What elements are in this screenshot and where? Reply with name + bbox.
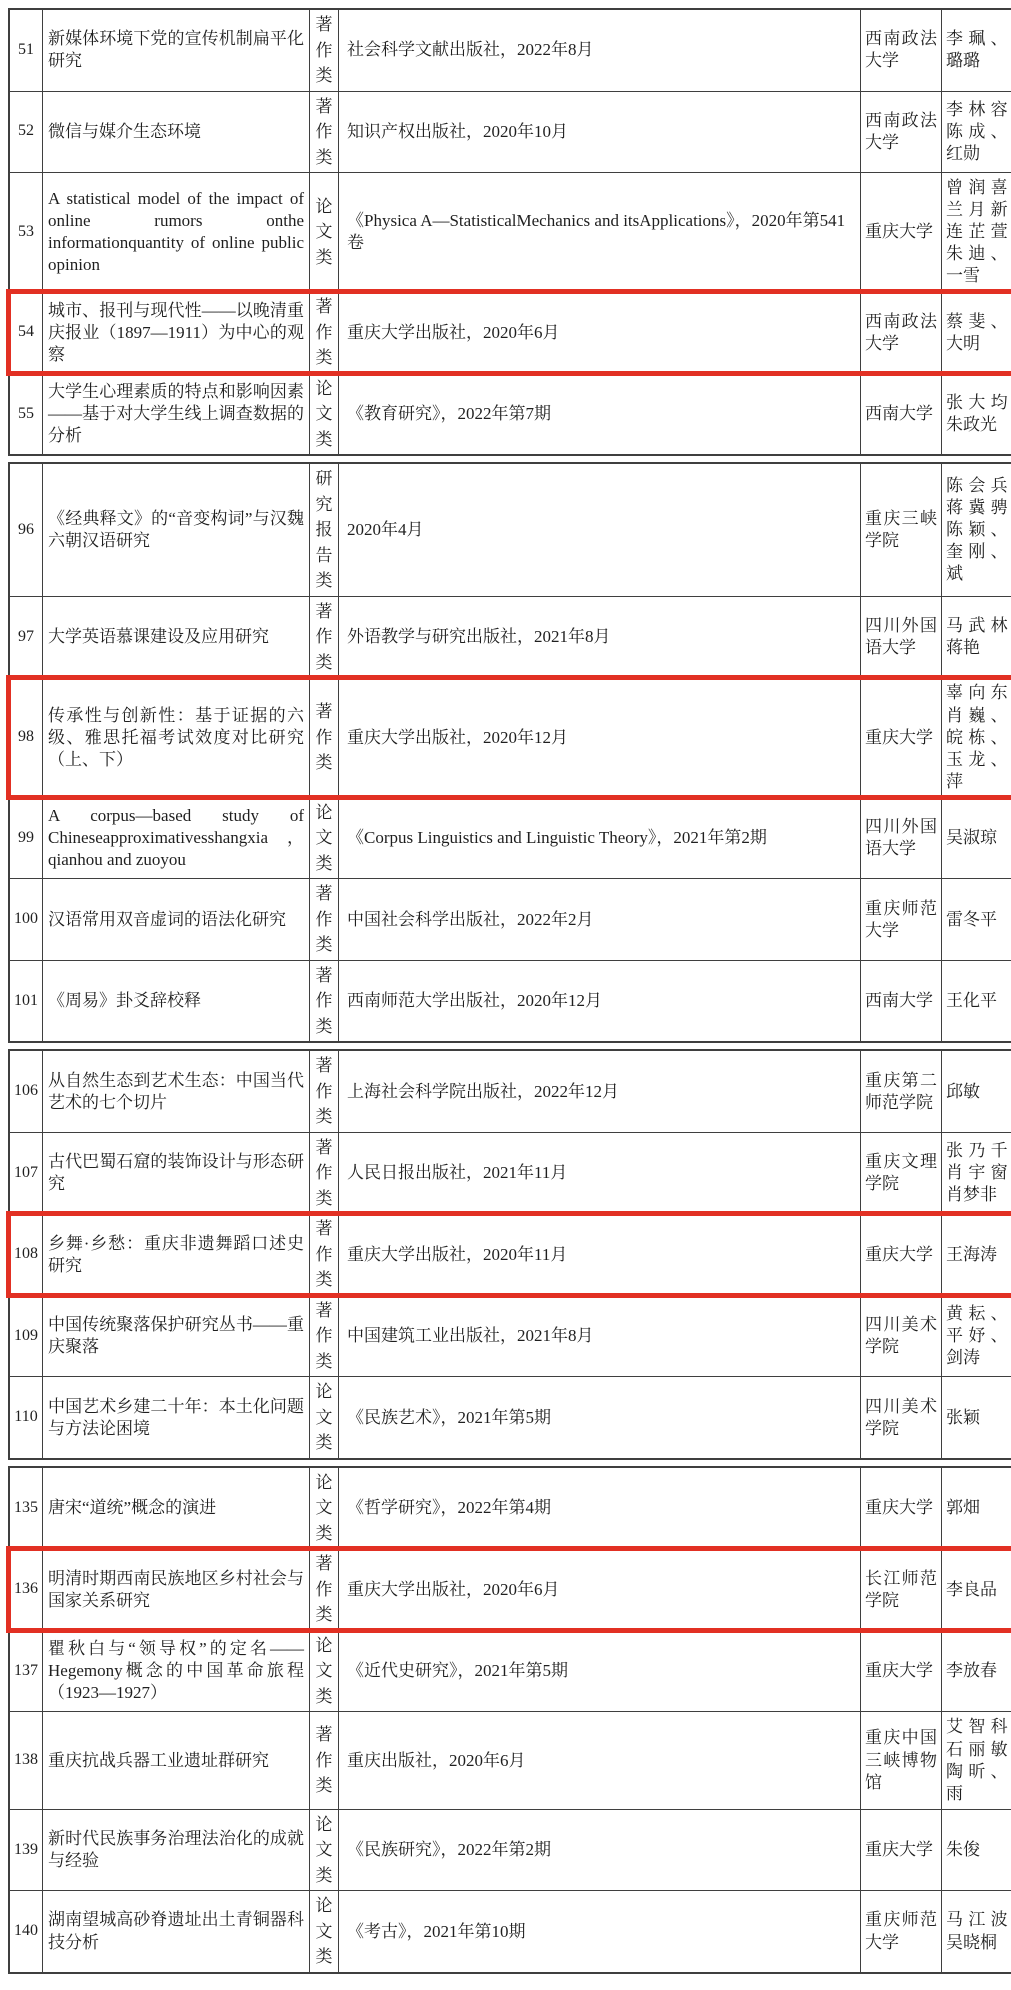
- row-number-cell: 137: [9, 1630, 43, 1712]
- category-cell: 著作类: [310, 960, 339, 1042]
- institution-cell: 西南大学: [861, 960, 942, 1042]
- table-row: 136 明清时期西南民族地区乡村社会与国家关系研究 著作类 重庆大学出版社，20…: [9, 1549, 1011, 1631]
- work-title-cell: 新时代民族事务治理法治化的成就与经验: [43, 1809, 310, 1891]
- work-title-cell: 中国传统聚落保护研究丛书——重庆聚落: [43, 1295, 310, 1377]
- institution-cell: 四川美术学院: [861, 1377, 942, 1459]
- table-row: 140 湖南望城高砂脊遗址出土青铜器科技分析 论文类 《考古》，2021年第10…: [9, 1891, 1011, 1973]
- work-title-cell: 城市、报刊与现代性——以晚清重庆报业（1897—1911）为中心的观察: [43, 292, 310, 374]
- work-title-cell: 明清时期西南民族地区乡村社会与国家关系研究: [43, 1549, 310, 1631]
- institution-cell: 重庆大学: [861, 1214, 942, 1296]
- authors-cell: 朱俊: [942, 1809, 1011, 1891]
- table-row: 96 《经典释文》的“音变构词”与汉魏六朝汉语研究 研究报告类 2020年4月 …: [9, 463, 1011, 596]
- work-title-cell: 《经典释文》的“音变构词”与汉魏六朝汉语研究: [43, 463, 310, 596]
- work-title-cell: 乡舞·乡愁：重庆非遗舞蹈口述史研究: [43, 1214, 310, 1296]
- institution-cell: 重庆第二师范学院: [861, 1050, 942, 1132]
- category-vertical-label: 著作类: [315, 599, 333, 676]
- publication-info-cell: 上海社会科学院出版社，2022年12月: [339, 1050, 861, 1132]
- category-cell: 论文类: [310, 1891, 339, 1973]
- table-row: 97 大学英语慕课建设及应用研究 著作类 外语教学与研究出版社，2021年8月 …: [9, 596, 1011, 678]
- authors-cell: 李珮、张璐璐: [942, 9, 1011, 91]
- publication-info-cell: 《哲学研究》，2022年第4期: [339, 1467, 861, 1549]
- publication-info-cell: 重庆大学出版社，2020年12月: [339, 678, 861, 797]
- work-title-cell: 大学英语慕课建设及应用研究: [43, 596, 310, 678]
- work-title-cell: 汉语常用双音虚词的语法化研究: [43, 879, 310, 961]
- institution-cell: 重庆大学: [861, 173, 942, 292]
- category-vertical-label: 著作类: [315, 699, 333, 776]
- category-cell: 论文类: [310, 1809, 339, 1891]
- work-title-cell: 微信与媒介生态环境: [43, 91, 310, 173]
- work-title-cell: 传承性与创新性：基于证据的六级、雅思托福考试效度对比研究（上、下）: [43, 678, 310, 797]
- publication-info-cell: 《民族研究》，2022年第2期: [339, 1809, 861, 1891]
- category-cell: 著作类: [310, 1549, 339, 1631]
- category-vertical-label: 著作类: [315, 1216, 333, 1293]
- work-title-cell: 重庆抗战兵器工业遗址群研究: [43, 1712, 310, 1809]
- authors-cell: 黄耘、王平妤、张剑涛: [942, 1295, 1011, 1377]
- row-number-cell: 54: [9, 292, 43, 374]
- row-number-cell: 138: [9, 1712, 43, 1809]
- row-number-cell: 136: [9, 1549, 43, 1631]
- category-vertical-label: 著作类: [315, 963, 333, 1040]
- institution-cell: 重庆师范大学: [861, 1891, 942, 1973]
- category-vertical-label: 著作类: [315, 1298, 333, 1375]
- work-title-cell: A statistical model of the impact of onl…: [43, 173, 310, 292]
- work-title-cell: 大学生心理素质的特点和影响因素——基于对大学生线上调查数据的分析: [43, 373, 310, 455]
- row-number-cell: 107: [9, 1132, 43, 1214]
- institution-cell: 长江师范学院: [861, 1549, 942, 1631]
- category-vertical-label: 著作类: [315, 1551, 333, 1628]
- category-cell: 论文类: [310, 1467, 339, 1549]
- authors-cell: 辜向东、肖巍、许皖栋、李玉龙、王萍: [942, 678, 1011, 797]
- table-row: 108 乡舞·乡愁：重庆非遗舞蹈口述史研究 著作类 重庆大学出版社，2020年1…: [9, 1214, 1011, 1296]
- publication-info-cell: 中国社会科学出版社，2022年2月: [339, 879, 861, 961]
- publication-info-cell: 《考古》，2021年第10期: [339, 1891, 861, 1973]
- row-number-cell: 96: [9, 463, 43, 596]
- row-number-cell: 97: [9, 596, 43, 678]
- row-number-cell: 140: [9, 1891, 43, 1973]
- authors-cell: 蔡斐、刘大明: [942, 292, 1011, 374]
- category-cell: 论文类: [310, 797, 339, 879]
- institution-cell: 西南政法大学: [861, 292, 942, 374]
- work-title-cell: 湖南望城高砂脊遗址出土青铜器科技分析: [43, 1891, 310, 1973]
- authors-cell: 陈会兵、蒋冀骋、陈颖、邓奎刚、蒋斌: [942, 463, 1011, 596]
- publication-info-cell: 《民族艺术》，2021年第5期: [339, 1377, 861, 1459]
- category-vertical-label: 著作类: [315, 1135, 333, 1212]
- category-vertical-label: 论文类: [315, 1633, 333, 1710]
- category-vertical-label: 论文类: [315, 1379, 333, 1456]
- category-vertical-label: 著作类: [315, 294, 333, 371]
- category-cell: 著作类: [310, 1712, 339, 1809]
- publication-info-cell: 《近代史研究》，2021年第5期: [339, 1630, 861, 1712]
- category-vertical-label: 著作类: [315, 881, 333, 958]
- publication-info-cell: 《Physica A—StatisticalMechanics and itsA…: [339, 173, 861, 292]
- authors-cell: 艾智科、石丽敏、陶昕、杨雨: [942, 1712, 1011, 1809]
- institution-cell: 重庆大学: [861, 1809, 942, 1891]
- row-number-cell: 51: [9, 9, 43, 91]
- authors-cell: 李良品: [942, 1549, 1011, 1631]
- category-cell: 著作类: [310, 879, 339, 961]
- category-cell: 著作类: [310, 1132, 339, 1214]
- category-cell: 著作类: [310, 91, 339, 173]
- publication-info-cell: 西南师范大学出版社，2020年12月: [339, 960, 861, 1042]
- institution-cell: 重庆文理学院: [861, 1132, 942, 1214]
- publication-info-cell: 2020年4月: [339, 463, 861, 596]
- category-cell: 著作类: [310, 1050, 339, 1132]
- authors-cell: 王海涛: [942, 1214, 1011, 1296]
- category-cell: 研究报告类: [310, 463, 339, 596]
- table-row: 101 《周易》卦爻辞校释 著作类 西南师范大学出版社，2020年12月 西南大…: [9, 960, 1011, 1042]
- category-cell: 著作类: [310, 1214, 339, 1296]
- table-row: 107 古代巴蜀石窟的装饰设计与形态研究 著作类 人民日报出版社，2021年11…: [9, 1132, 1011, 1214]
- work-title-cell: 从自然生态到艺术生态：中国当代艺术的七个切片: [43, 1050, 310, 1132]
- authors-cell: 雷冬平: [942, 879, 1011, 961]
- row-number-cell: 109: [9, 1295, 43, 1377]
- institution-cell: 四川美术学院: [861, 1295, 942, 1377]
- row-number-cell: 98: [9, 678, 43, 797]
- authors-cell: 郭畑: [942, 1467, 1011, 1549]
- category-cell: 著作类: [310, 678, 339, 797]
- category-vertical-label: 著作类: [315, 94, 333, 171]
- category-cell: 著作类: [310, 596, 339, 678]
- category-cell: 论文类: [310, 173, 339, 292]
- table-row: 100 汉语常用双音虚词的语法化研究 著作类 中国社会科学出版社，2022年2月…: [9, 879, 1011, 961]
- category-vertical-label: 研究报告类: [315, 466, 333, 594]
- work-title-cell: A corpus—based study of Chineseapproxima…: [43, 797, 310, 879]
- authors-cell: 吴淑琼: [942, 797, 1011, 879]
- category-cell: 论文类: [310, 1377, 339, 1459]
- publication-info-cell: 人民日报出版社，2021年11月: [339, 1132, 861, 1214]
- table-section: 106 从自然生态到艺术生态：中国当代艺术的七个切片 著作类 上海社会科学院出版…: [8, 1049, 1011, 1460]
- publication-info-cell: 重庆大学出版社，2020年6月: [339, 1549, 861, 1631]
- row-number-cell: 135: [9, 1467, 43, 1549]
- authors-cell: 邱敏: [942, 1050, 1011, 1132]
- row-number-cell: 106: [9, 1050, 43, 1132]
- table-row: 135 唐宋“道统”概念的演进 论文类 《哲学研究》，2022年第4期 重庆大学…: [9, 1467, 1011, 1549]
- authors-cell: 张乃千、肖宇窗、肖梦非: [942, 1132, 1011, 1214]
- row-number-cell: 110: [9, 1377, 43, 1459]
- table-row: 52 微信与媒介生态环境 著作类 知识产权出版社，2020年10月 西南政法大学…: [9, 91, 1011, 173]
- institution-cell: 重庆大学: [861, 1467, 942, 1549]
- publication-info-cell: 重庆大学出版社，2020年6月: [339, 292, 861, 374]
- authors-cell: 李林容、陈成、赵红勋: [942, 91, 1011, 173]
- table-row: 98 传承性与创新性：基于证据的六级、雅思托福考试效度对比研究（上、下） 著作类…: [9, 678, 1011, 797]
- category-vertical-label: 论文类: [315, 376, 333, 453]
- work-title-cell: 新媒体环境下党的宣传机制扁平化研究: [43, 9, 310, 91]
- publication-info-cell: 中国建筑工业出版社，2021年8月: [339, 1295, 861, 1377]
- work-title-cell: 古代巴蜀石窟的装饰设计与形态研究: [43, 1132, 310, 1214]
- table-row: 139 新时代民族事务治理法治化的成就与经验 论文类 《民族研究》，2022年第…: [9, 1809, 1011, 1891]
- work-title-cell: 瞿秋白与“领导权”的定名——Hegemony概念的中国革命旅程（1923—192…: [43, 1630, 310, 1712]
- category-cell: 著作类: [310, 292, 339, 374]
- institution-cell: 重庆大学: [861, 678, 942, 797]
- table-section: 96 《经典释文》的“音变构词”与汉魏六朝汉语研究 研究报告类 2020年4月 …: [8, 462, 1011, 1043]
- row-number-cell: 52: [9, 91, 43, 173]
- category-vertical-label: 论文类: [315, 1812, 333, 1889]
- row-number-cell: 101: [9, 960, 43, 1042]
- institution-cell: 重庆师范大学: [861, 879, 942, 961]
- table-row: 53 A statistical model of the impact of …: [9, 173, 1011, 292]
- authors-cell: 曾润喜、兰月新、连芷萱、朱迪、夏一雪: [942, 173, 1011, 292]
- category-vertical-label: 著作类: [315, 1722, 333, 1799]
- authors-cell: 张颖: [942, 1377, 1011, 1459]
- table-row: 110 中国艺术乡建二十年：本土化问题与方法论困境 论文类 《民族艺术》，202…: [9, 1377, 1011, 1459]
- category-vertical-label: 著作类: [315, 12, 333, 89]
- category-vertical-label: 著作类: [315, 1053, 333, 1130]
- institution-cell: 重庆中国三峡博物馆: [861, 1712, 942, 1809]
- publication-info-cell: 社会科学文献出版社，2022年8月: [339, 9, 861, 91]
- work-title-cell: 唐宋“道统”概念的演进: [43, 1467, 310, 1549]
- table-row: 138 重庆抗战兵器工业遗址群研究 著作类 重庆出版社，2020年6月 重庆中国…: [9, 1712, 1011, 1809]
- work-title-cell: 《周易》卦爻辞校释: [43, 960, 310, 1042]
- category-vertical-label: 论文类: [315, 1470, 333, 1547]
- table-row: 51 新媒体环境下党的宣传机制扁平化研究 著作类 社会科学文献出版社，2022年…: [9, 9, 1011, 91]
- authors-cell: 马武林、蒋艳: [942, 596, 1011, 678]
- institution-cell: 重庆三峡学院: [861, 463, 942, 596]
- category-cell: 著作类: [310, 9, 339, 91]
- institution-cell: 西南政法大学: [861, 91, 942, 173]
- table-row: 137 瞿秋白与“领导权”的定名——Hegemony概念的中国革命旅程（1923…: [9, 1630, 1011, 1712]
- table-section: 135 唐宋“道统”概念的演进 论文类 《哲学研究》，2022年第4期 重庆大学…: [8, 1466, 1011, 1974]
- publication-info-cell: 《Corpus Linguistics and Linguistic Theor…: [339, 797, 861, 879]
- publication-info-cell: 《教育研究》，2022年第7期: [339, 373, 861, 455]
- table-row: 99 A corpus—based study of Chineseapprox…: [9, 797, 1011, 879]
- table-row: 106 从自然生态到艺术生态：中国当代艺术的七个切片 著作类 上海社会科学院出版…: [9, 1050, 1011, 1132]
- category-cell: 著作类: [310, 1295, 339, 1377]
- authors-cell: 李放春: [942, 1630, 1011, 1712]
- institution-cell: 四川外国语大学: [861, 797, 942, 879]
- row-number-cell: 99: [9, 797, 43, 879]
- work-title-cell: 中国艺术乡建二十年：本土化问题与方法论困境: [43, 1377, 310, 1459]
- table-row: 54 城市、报刊与现代性——以晚清重庆报业（1897—1911）为中心的观察 著…: [9, 292, 1011, 374]
- row-number-cell: 108: [9, 1214, 43, 1296]
- institution-cell: 重庆大学: [861, 1630, 942, 1712]
- category-vertical-label: 论文类: [315, 194, 333, 271]
- authors-cell: 王化平: [942, 960, 1011, 1042]
- category-vertical-label: 论文类: [315, 800, 333, 877]
- authors-cell: 马江波、吴晓桐: [942, 1891, 1011, 1973]
- category-cell: 论文类: [310, 1630, 339, 1712]
- authors-cell: 张大均、朱政光: [942, 373, 1011, 455]
- category-cell: 论文类: [310, 373, 339, 455]
- table-section: 51 新媒体环境下党的宣传机制扁平化研究 著作类 社会科学文献出版社，2022年…: [8, 8, 1011, 456]
- category-vertical-label: 论文类: [315, 1893, 333, 1970]
- table-row: 109 中国传统聚落保护研究丛书——重庆聚落 著作类 中国建筑工业出版社，202…: [9, 1295, 1011, 1377]
- publication-info-cell: 重庆出版社，2020年6月: [339, 1712, 861, 1809]
- publication-info-cell: 重庆大学出版社，2020年11月: [339, 1214, 861, 1296]
- publication-info-cell: 外语教学与研究出版社，2021年8月: [339, 596, 861, 678]
- table-row: 55 大学生心理素质的特点和影响因素——基于对大学生线上调查数据的分析 论文类 …: [9, 373, 1011, 455]
- publications-table-document: 51 新媒体环境下党的宣传机制扁平化研究 著作类 社会科学文献出版社，2022年…: [0, 0, 1011, 1990]
- row-number-cell: 100: [9, 879, 43, 961]
- institution-cell: 四川外国语大学: [861, 596, 942, 678]
- row-number-cell: 55: [9, 373, 43, 455]
- row-number-cell: 139: [9, 1809, 43, 1891]
- row-number-cell: 53: [9, 173, 43, 292]
- institution-cell: 西南政法大学: [861, 9, 942, 91]
- institution-cell: 西南大学: [861, 373, 942, 455]
- publication-info-cell: 知识产权出版社，2020年10月: [339, 91, 861, 173]
